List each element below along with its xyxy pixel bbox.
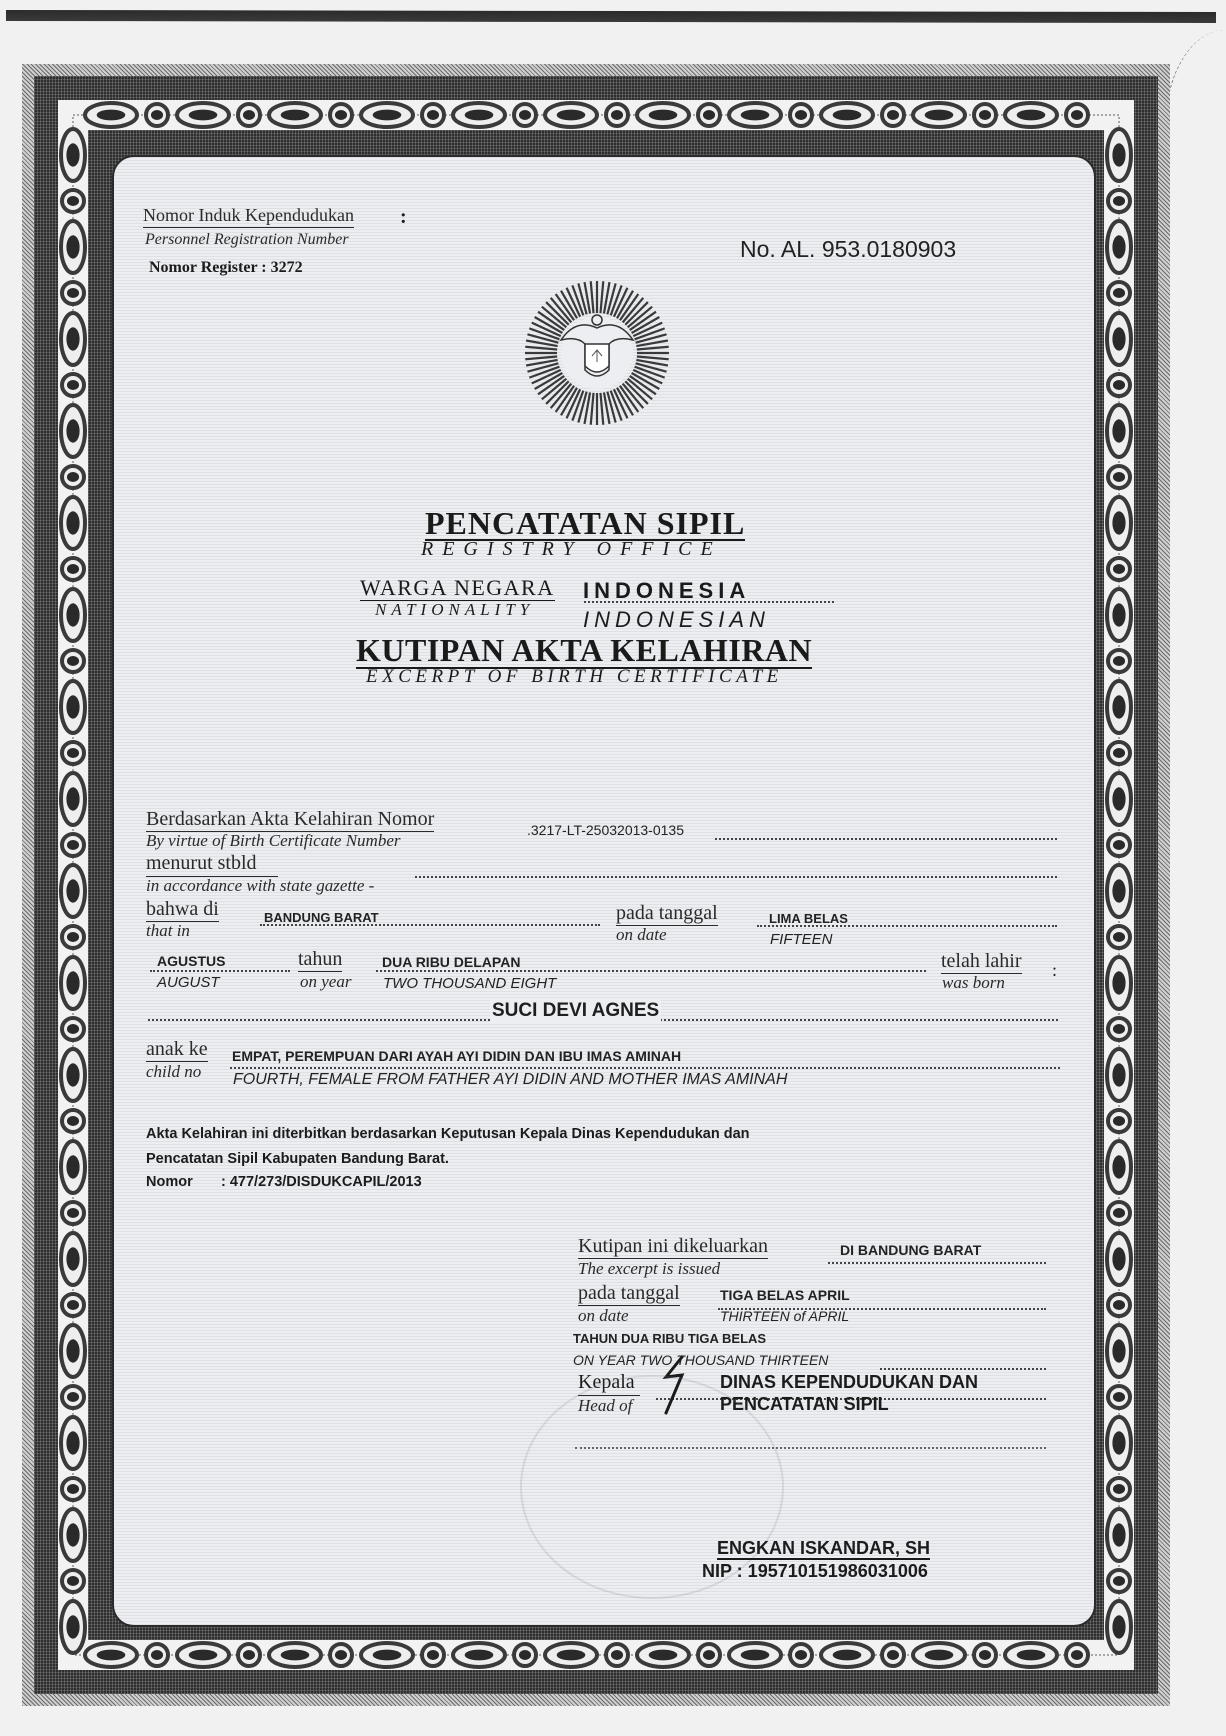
nik-label: Nomor Induk Kependudukan <box>143 204 354 228</box>
cert-number-label: Berdasarkan Akta Kelahiran Nomor <box>146 808 434 832</box>
issued-at-value: DI BANDUNG BARAT <box>840 1242 981 1258</box>
issue-year-dotline <box>880 1368 1046 1370</box>
birth-day-value: LIMA BELAS <box>769 911 848 926</box>
child-order-value-en: FOURTH, FEMALE FROM FATHER AYI DIDIN AND… <box>233 1071 787 1089</box>
birth-month-value-en: AUGUST <box>157 974 220 991</box>
issue-date-label-en: on date <box>578 1307 629 1325</box>
birth-date-label: pada tanggal <box>616 902 718 926</box>
born-label-en: was born <box>942 974 1005 992</box>
issue-date-label: pada tanggal <box>578 1282 680 1306</box>
born-label: telah lahir <box>941 950 1022 974</box>
head-of-value-line-1: DINAS KEPENDUDUKAN DAN <box>720 1372 978 1393</box>
birth-year-label-en: on year <box>300 973 351 991</box>
office-title: PENCATATAN SIPIL <box>425 507 745 541</box>
issue-year-value-en: ON YEAR TWO THOUSAND THIRTEEN <box>573 1352 828 1368</box>
decree-number-label: Nomor <box>146 1174 193 1190</box>
nationality-value-en: INDONESIAN <box>583 607 770 633</box>
birth-year-label: tahun <box>298 948 342 972</box>
stbld-label: menurut stbld <box>146 852 257 875</box>
certificate-serial-number: No. AL. 953.0180903 <box>740 236 956 263</box>
document-title: KUTIPAN AKTA KELAHIRAN <box>356 634 812 669</box>
issued-at-label: Kutipan ini dikeluarkan <box>578 1235 768 1259</box>
cert-number-dotline <box>715 838 1057 840</box>
child-order-value: EMPAT, PEREMPUAN DARI AYAH AYI DIDIN DAN… <box>232 1048 681 1064</box>
issue-date-value: TIGA BELAS APRIL <box>720 1287 850 1303</box>
decree-line-1: Akta Kelahiran ini diterbitkan berdasark… <box>146 1126 750 1142</box>
child-order-label-en: child no <box>146 1063 201 1081</box>
stbld-dotline <box>415 876 1057 878</box>
nik-colon: : <box>400 206 407 229</box>
birth-day-value-en: FIFTEEN <box>770 931 833 948</box>
birth-place-dotline <box>260 924 600 926</box>
issue-year-value: TAHUN DUA RIBU TIGA BELAS <box>573 1331 766 1346</box>
cert-number-label-en: By virtue of Birth Certificate Number <box>146 832 401 850</box>
register-number: Nomor Register : 3272 <box>149 259 303 277</box>
cert-number-value: .3217-LT-25032013-0135 <box>527 822 684 838</box>
place-label-en: that in <box>146 922 190 940</box>
document-title-en: EXCERPT OF BIRTH CERTIFICATE <box>366 666 783 688</box>
birth-date-label-en: on date <box>616 926 667 944</box>
issued-at-label-en: The excerpt is issued <box>578 1260 720 1278</box>
decree-line-2: Pencatatan Sipil Kabupaten Bandung Barat… <box>146 1151 449 1167</box>
official-name: ENGKAN ISKANDAR, SH <box>717 1538 930 1560</box>
born-colon: : <box>1052 960 1057 981</box>
stbld-label-en: in accordance with state gazette - <box>146 877 374 895</box>
nik-sublabel: Personnel Registration Number <box>145 231 349 249</box>
nationality-dotline <box>584 601 834 603</box>
issued-at-dotline <box>828 1262 1046 1264</box>
birth-day-dotline <box>757 925 1057 927</box>
nationality-label-en: NATIONALITY <box>375 600 534 620</box>
place-label: bahwa di <box>146 898 219 922</box>
nationality-label: WARGA NEGARA <box>360 576 555 601</box>
decree-number-value: : 477/273/DISDUKCAPIL/2013 <box>221 1174 422 1190</box>
birth-year-value: DUA RIBU DELAPAN <box>382 954 520 970</box>
birth-year-dotline <box>376 970 926 972</box>
birth-year-value-en: TWO THOUSAND EIGHT <box>383 975 556 992</box>
child-order-label: anak ke <box>146 1038 208 1062</box>
child-order-dotline <box>230 1067 1060 1069</box>
birth-month-dotline <box>150 970 290 972</box>
birth-month-value: AGUSTUS <box>157 953 225 969</box>
office-title-en: REGISTRY OFFICE <box>421 538 722 561</box>
official-nip: NIP : 195710151986031006 <box>702 1561 928 1582</box>
child-name-value: SUCI DEVI AGNES <box>490 1000 661 1022</box>
birth-place-value: BANDUNG BARAT <box>264 910 379 925</box>
garuda-emblem-icon <box>521 278 673 428</box>
issue-date-value-en: THIRTEEN of APRIL <box>720 1308 849 1324</box>
